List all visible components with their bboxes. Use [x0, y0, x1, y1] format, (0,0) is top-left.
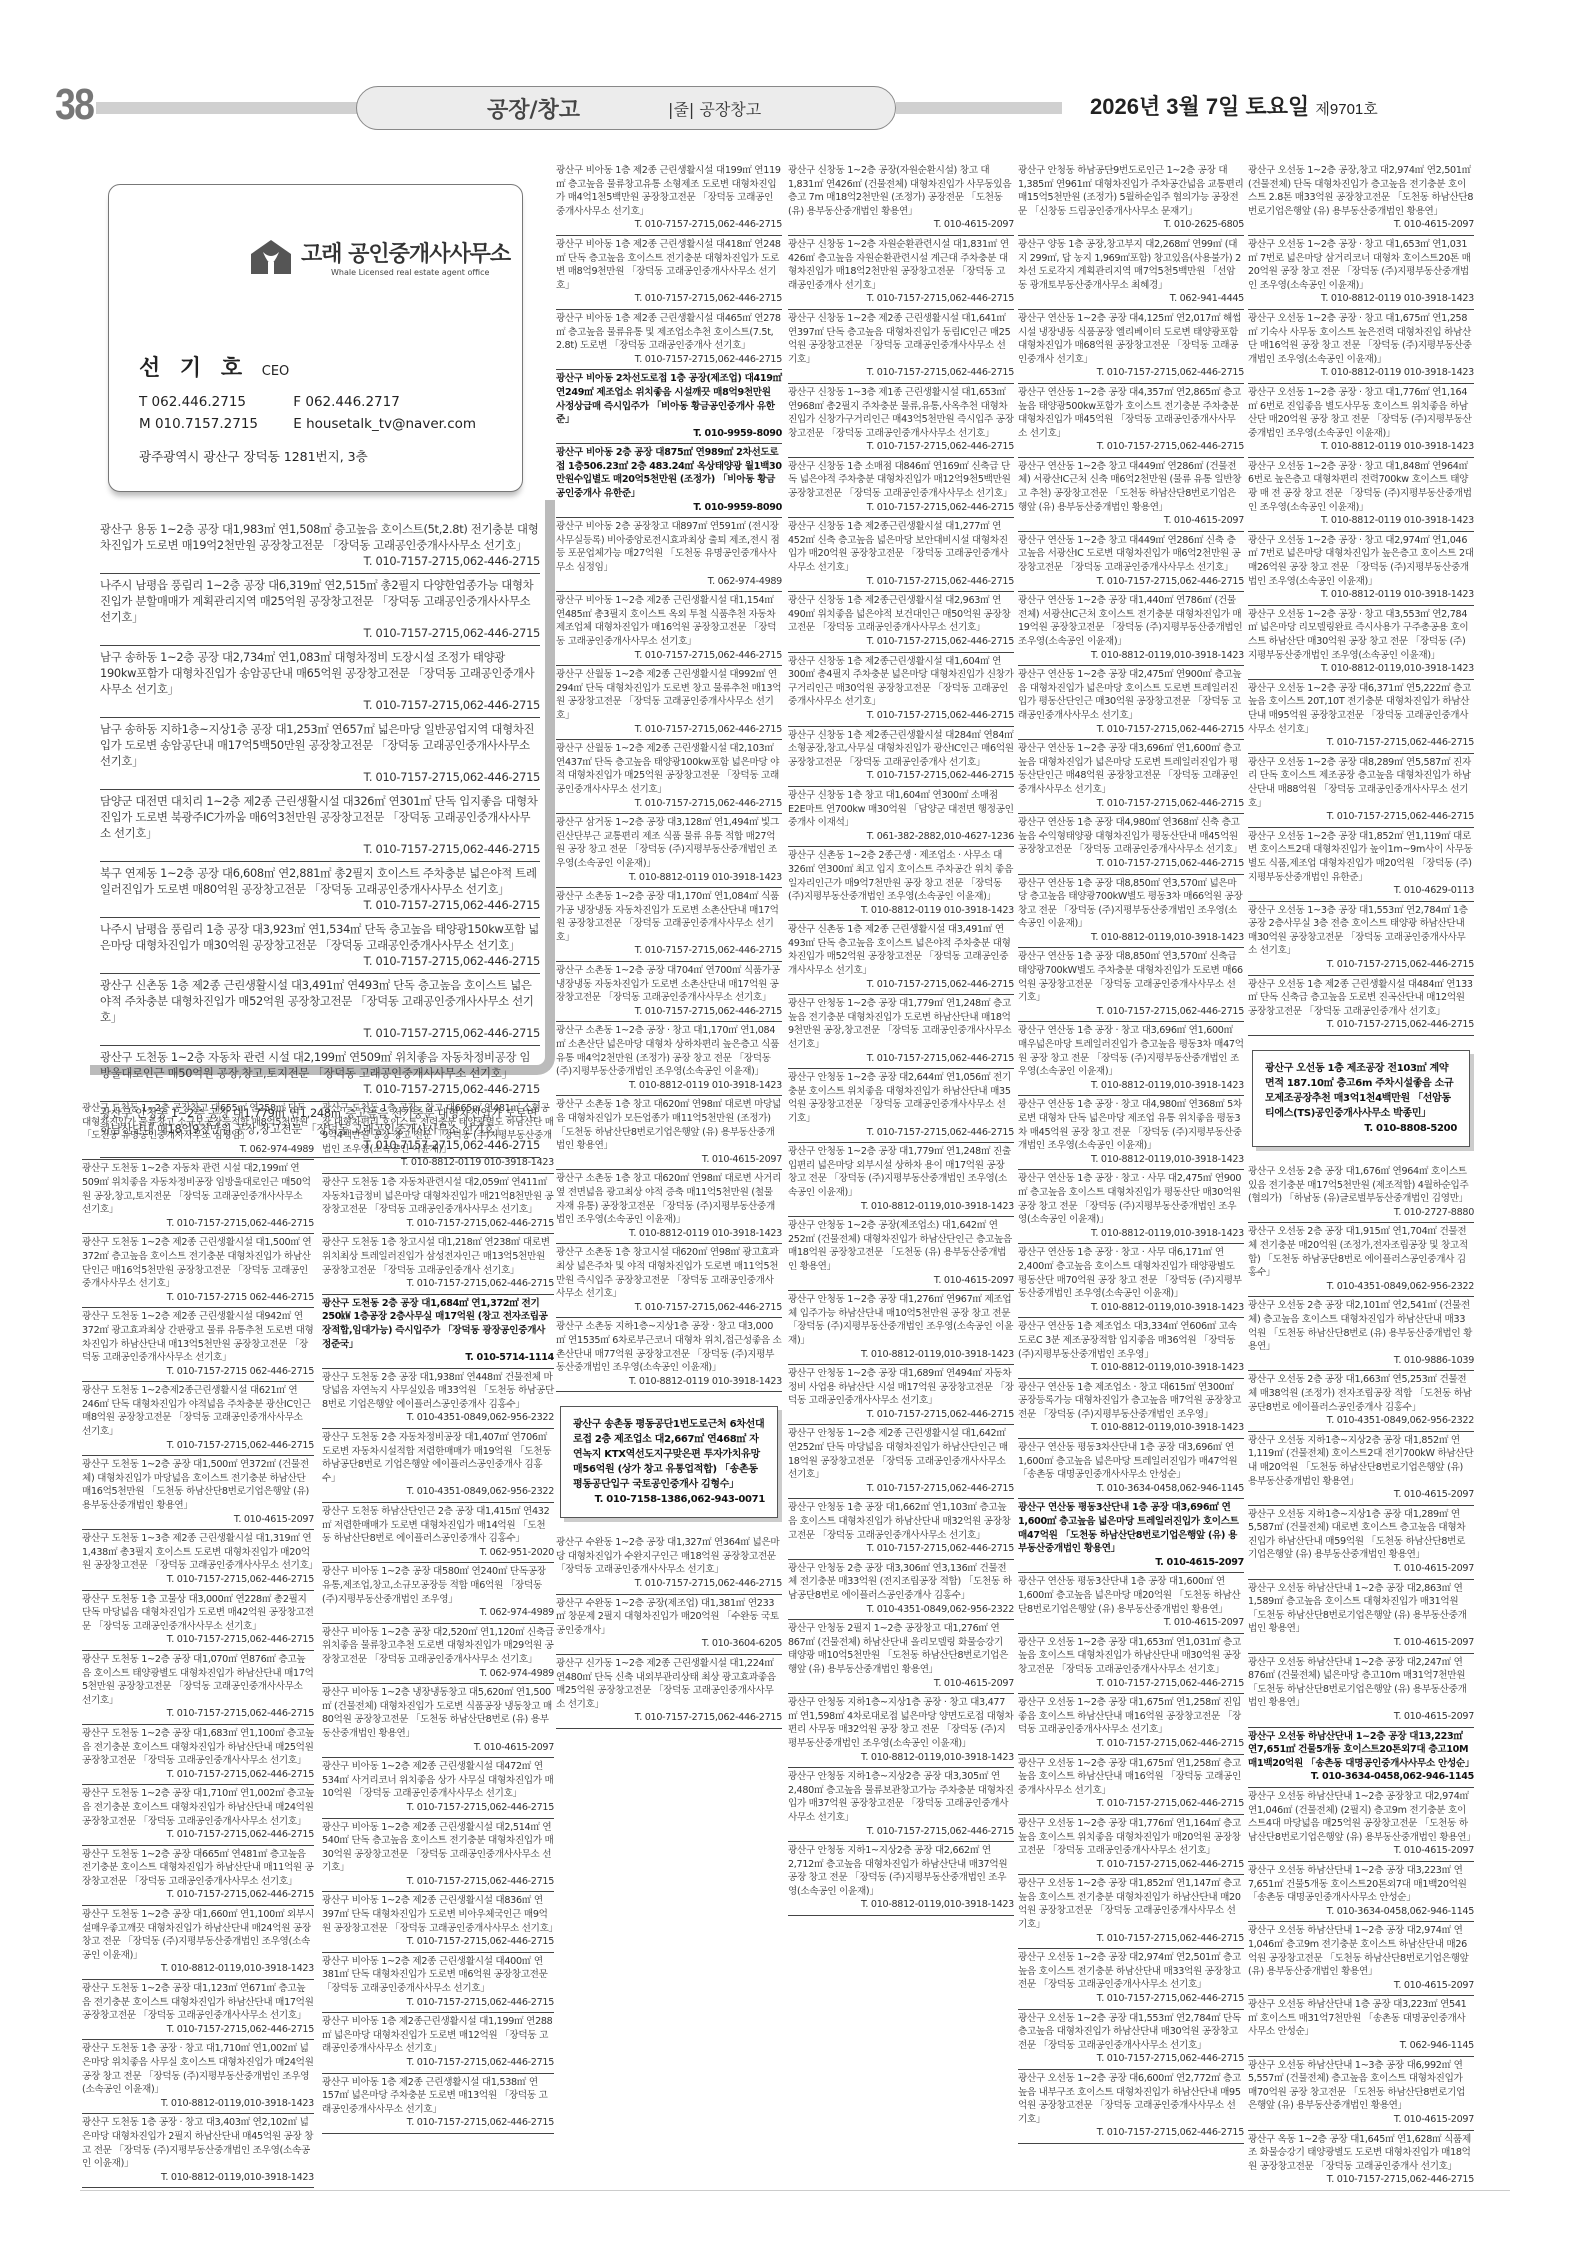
listing-phone: T. 010-8812-0119,010-3918-1423: [1018, 1421, 1244, 1435]
listing-text: 광산구 안청동 지하1~지상2층 공장 대2,662㎡ 연2,712㎡ 층고높음…: [788, 1845, 1007, 1897]
listing-ad: 광산구 오선동 1~2층 공장 대6,600㎡ 연2,772㎡ 층고높음 내부구…: [1018, 2070, 1244, 2144]
listing-text: 광산구 소촌동 1~2층 공장 · 창고 대1,170㎡ 연1,084㎡ 소촌산…: [556, 1025, 779, 1077]
listing-phone: T. 010-9959-8090: [556, 427, 782, 441]
listing-ad: 광산구 안청동 1~2층 공장 대1,276㎡ 연967㎡ 제조업체 입주가능 …: [788, 1291, 1014, 1365]
listing-ad: 광산구 도천동 1~2층 공장 대665㎡ 연481㎡ 층고높음 전기충분 호이…: [82, 1846, 314, 1906]
listing-ad: 나주시 남평읍 풍림리 1층 공장 대3,923㎡ 연1,534㎡ 단독 층고높…: [100, 918, 540, 974]
page-number: 38: [55, 80, 93, 130]
listing-phone: T. 010-4615-2097: [1248, 1979, 1474, 1993]
listing-phone: T. 010-4615-2097: [82, 1513, 314, 1527]
listing-phone: T. 010-7157-2715,062-446-2715: [100, 953, 540, 969]
listing-phone: T. 010-7157-2715,062-446-2715: [322, 1217, 554, 1231]
listing-ad: 광산구 도천동 1~2층 제2종 근린생활시설 대1,500㎡ 연372㎡ 층고…: [82, 1234, 314, 1308]
listing-phone: T. 010-7157-2715,062-446-2715: [1248, 736, 1474, 750]
boxed-listing-ad: 광산구 송촌동 평동공단1번도로근처 6차선대로접 2층 제조업소 대2,667…: [560, 1406, 778, 1518]
listing-text: 광산구 신창동 1층 창고 대1,604㎡ 연300㎡ 소매점 E2E마트 연7…: [788, 790, 1014, 828]
listing-ad: 광산구 도천동 1~2층 공장 대1,683㎡ 연1,100㎡ 층고높음 전기충…: [82, 1725, 314, 1785]
listing-text: 광산구 도천동 1~2층 공장창고 대655㎡ 연258㎡ 단독 대형차진입가 …: [82, 1103, 308, 1141]
listing-text: 나주시 남평읍 풍림리 1층 공장 대3,923㎡ 연1,534㎡ 단독 층고높…: [100, 922, 539, 952]
listing-text: 광산구 도천동 1~2층 제2종 근린생활시설 대1,500㎡ 연372㎡ 층고…: [82, 1237, 311, 1289]
listing-ad: 광산구 비아동 1~2층 공장 대580㎡ 연240㎡ 단독공장 유통,제조업,…: [322, 1563, 554, 1623]
listing-phone: T. 010-9886-1039: [1248, 1354, 1474, 1368]
publication-date: 2026년 3월 7일 토요일: [1090, 94, 1309, 119]
listing-text: 광산구 도천동 1층 자동차관련시설 대2,059㎡ 연411㎡ 자동차1급정비…: [322, 1177, 554, 1215]
listing-text: 광산구 안청동 하남공단9번도로인근 1~2층 공장 대1,385㎡ 연961㎡…: [1018, 165, 1243, 217]
listing-ad: 광산구 도천동 2층 자동차정비공장 대1,407㎡ 연706㎡ 도로변 자동차…: [322, 1429, 554, 1503]
business-card: 고래 공인중개사사무소 Whale Licensed real estate a…: [108, 184, 523, 492]
listing-ad: 광산구 소촌동 1~2층 공장 대1,170㎡ 연1,084㎡ 식품가공 냉장냉…: [556, 888, 782, 962]
listing-ad: 광산구 소촌동 지하1층~지상1층 공장 · 창고 대3,000㎡ 연1535㎡…: [556, 1318, 782, 1392]
listing-text: 광산구 연산동 1층 공장 대8,850㎡ 연3,570㎡ 신축급 태양광700…: [1018, 951, 1243, 1003]
mobile-number: M 010.7157.2715: [139, 413, 289, 435]
listing-text: 광산구 연산동 1~2층 공장 대4,125㎡ 연2,017㎡ 해썹시설 냉장냉…: [1018, 313, 1241, 365]
listing-text: 광산구 비아동 1~2층 제2종 근린생활시설 대836㎡ 연397㎡ 단독 대…: [322, 1895, 558, 1933]
listing-phone: T. 010-8812-0119,010-3918-1423: [1018, 649, 1244, 663]
listing-phone: T. 010-7157-2715,062-446-2715: [788, 1542, 1014, 1556]
listing-phone: T. 010-7157-2715,062-446-2715: [82, 1217, 314, 1231]
listing-phone: T. 010-7157-2715,062-446-2715: [556, 1577, 782, 1591]
listing-text: 광산구 연산동 평동3산단내 1층 공장 대1,600㎡ 연1,600㎡ 층고높…: [1018, 1576, 1240, 1614]
listing-phone: T. 010-7157-2715,062-446-2715: [788, 366, 1014, 380]
listing-ad: 광산구 연산동 1~2층 창고 대449㎡ 연286㎡ (건물전체) 서광산IC…: [1018, 458, 1244, 532]
company-logo: 고래 공인중개사사무소 Whale Licensed real estate a…: [249, 237, 510, 277]
listing-phone: T. 010-3634-0458,062-946-1145: [1018, 1482, 1244, 1496]
listing-column-6: 광산구 오선동 1~2층 공장,창고 대2,974㎡ 연2,501㎡ (건물전체…: [1248, 162, 1474, 2191]
listing-ad: 광산구 비아동 2층 공장 대875㎡ 연989㎡ 2차선도로접 1층506.2…: [556, 444, 782, 518]
listing-phone: T. 010-7157-2715,062-446-2715: [82, 1768, 314, 1782]
listing-ad: 광산구 오선동 1~2층 공장 · 창고 대1,675㎡ 연1,258㎡ 기숙사…: [1248, 310, 1474, 384]
listing-phone: T. 010-7157-2715,062-446-2715: [788, 769, 1014, 783]
listing-phone: T. 010-7157-2715,062-446-2715: [1018, 2052, 1244, 2066]
listing-phone: T. 010-7157-2715,062-446-2715: [82, 2023, 314, 2037]
listing-phone: T. 010-3604-6205: [556, 1637, 782, 1651]
header-rule-left: [96, 102, 358, 114]
listing-phone: T. 010-7158-1386,062-943-0071: [573, 1492, 765, 1507]
listing-text: 광산구 비아동 1층 제2종 근린생활시설 대1,538㎡ 연157㎡ 넓은마당…: [322, 2077, 548, 2115]
listing-phone: T. 062-941-4445: [1018, 292, 1244, 306]
listing-ad: 광산구 안청동 하남공단9번도로인근 1~2층 공장 대1,385㎡ 연961㎡…: [1018, 162, 1244, 236]
listing-text: 광산구 비아동 2층 공장 대875㎡ 연989㎡ 2차선도로접 1층506.2…: [556, 447, 782, 499]
listing-text: 북구 연제동 1~2층 공장 대6,608㎡ 연2,881㎡ 총2필지 호이스트…: [100, 866, 537, 896]
listing-phone: T. 010-7157-2715,062-446-2715: [82, 1828, 314, 1842]
listing-text: 광산구 안청동 1~2층 공장 대1,276㎡ 연967㎡ 제조업체 입주가능 …: [788, 1294, 1013, 1346]
listing-text: 광산구 도천동 1~2층제2종근린생활시설 대621㎡ 연246㎡ 단독 대형차…: [82, 1385, 311, 1437]
listing-text: 광산구 소촌동 1층 창고 대620㎡ 연98㎡ 대로변 마당넓음 대형차진입가…: [556, 1099, 781, 1151]
listing-text: 광산구 비아동 1~2층 제2종 근린생활시설 대2,514㎡ 연540㎡ 단독…: [322, 1822, 554, 1874]
listing-phone: T. 010-7157-2715,062-446-2715: [82, 1439, 314, 1453]
listing-ad: 광산구 연산동 1층 공장 · 창고 · 사무 대6,171㎡ 연2,400㎡ …: [1018, 1244, 1244, 1318]
listing-phone: T. 010-7157-2715,062-446-2715: [788, 501, 1014, 515]
listing-text: 광산구 도천동 1층 공장 · 창고 대3,403㎡ 연2,102㎡ 넓은마당 …: [82, 2117, 313, 2169]
email-address: E housetalk_tv@naver.com: [293, 413, 476, 435]
listing-text: 광산구 연산동 1층 제조업소 대3,334㎡ 연606㎡ 고속도로C 3분 제…: [1018, 1321, 1237, 1359]
business-card-ad: 고래 공인중개사사무소 Whale Licensed real estate a…: [90, 160, 560, 510]
listing-ad: 광산구 산월동 1~2층 제2종 근린생활시설 대992㎡ 연294㎡ 단독 대…: [556, 666, 782, 740]
listing-phone: T. 010-7157-2715,062-446-2715: [556, 218, 782, 232]
listing-text: 나주시 남평읍 풍림리 1~2층 공장 대6,319㎡ 연2,515㎡ 총2필지…: [100, 578, 533, 624]
contact-info: T 062.446.2715 F 062.446.2717 M 010.7157…: [139, 391, 476, 435]
listing-ad: 남구 송하동 지하1층~지상1층 공장 대1,253㎡ 연657㎡ 넓은마당 일…: [100, 718, 540, 790]
listing-text: 광산구 오선동 2층 공장 대2,101㎡ 연2,541㎡ (건물전체) 층고높…: [1248, 1300, 1472, 1352]
listing-phone: T. 010-4615-2097: [322, 1741, 554, 1755]
listing-ad: 광산구 비아동 1~2층 제2종 근린생활시설 대836㎡ 연397㎡ 단독 대…: [322, 1892, 554, 1952]
listing-phone: T. 010-7157-2715,062-446-2715: [788, 635, 1014, 649]
listing-text: 광산구 오선동 하남산단내 1~2층 공장 대2,247㎡ 연876㎡ (건물전…: [1248, 1657, 1467, 1709]
listing-phone: T. 010-7157-2715,062-446-2715: [322, 1935, 554, 1949]
listing-phone: T. 010-7157-2715,062-446-2715: [788, 440, 1014, 454]
listing-phone: T. 010-2727-8880: [1248, 1206, 1474, 1220]
listing-phone: T. 010-8812-0119 010-3918-1423: [1248, 514, 1474, 528]
listing-ad: 광산구 도천동 1층 자동차관련시설 대2,059㎡ 연411㎡ 자동차1급정비…: [322, 1174, 554, 1234]
listing-text: 광산구 오선동 하남산단내 1~2층 공장 대2,974㎡ 연1,046㎡ 층고…: [1248, 1925, 1469, 1977]
listing-ad: 광산구 오선동 지하1층~지상1층 공장 대1,289㎡ 연5,587㎡ (건물…: [1248, 1506, 1474, 1580]
listing-phone: T. 010-7157-2715,062-446-2715: [788, 978, 1014, 992]
listing-ad: 광산구 도천동 1~2층 공장 대1,500㎡ 연372㎡ (건물전체) 대형차…: [82, 1456, 314, 1530]
listing-ad: 광산구 오선동 1층 제2종 근린생활시설 대484㎡ 연133㎡ 단독 신축급…: [1248, 976, 1474, 1036]
listing-ad: 남구 송하동 1~2층 공장 대2,734㎡ 연1,083㎡ 대형차정비 도장시…: [100, 646, 540, 718]
listing-ad: 광산구 수완동 1~2층 공장 대1,327㎡ 연364㎡ 넓은마당 대형차진입…: [556, 1534, 782, 1594]
listing-phone: T. 010-8812-0119,010-3918-1423: [1018, 1301, 1244, 1315]
listing-ad: 광산구 안청동 지하1층~지상2층 공장 대3,305㎡ 연2,480㎡ 층고높…: [788, 1768, 1014, 1842]
listing-phone: T. 010-7157-2715,062-446-2715: [82, 1633, 314, 1647]
listing-ad: 광산구 도천동 1~2층제2종근린생활시설 대621㎡ 연246㎡ 단독 대형차…: [82, 1382, 314, 1456]
listing-ad: 광산구 연산동 1층 공장 대4,980㎡ 연368㎡ 신축 층고높음 수익형태…: [1018, 814, 1244, 874]
listing-ad: 광산구 안청동 1~2층 공장(제조업소) 대1,642㎡ 연252㎡ (건물전…: [788, 1217, 1014, 1291]
listing-ad: 광산구 오선동 2층 공장 대1,676㎡ 연964㎡ 호이스트있음 전기충분 …: [1248, 1163, 1474, 1223]
listing-phone: T. 010-7157-2715,062-446-2715: [100, 553, 540, 569]
listing-text: 광산구 오선동 1층 제2종 근린생활시설 대484㎡ 연133㎡ 단독 신축급…: [1248, 979, 1473, 1017]
listing-text: 광산구 연산동 1층 제조업소 · 창고 대615㎡ 연300㎡ 공장등록가능 …: [1018, 1382, 1241, 1420]
listing-text: 광산구 연산동 1~2층 창고 대449㎡ 연286㎡ 신축 층고높음 서광산I…: [1018, 535, 1241, 573]
listing-column-5: 광산구 안청동 하남공단9번도로인근 1~2층 공장 대1,385㎡ 연961㎡…: [1018, 162, 1244, 2144]
listing-ad: 광산구 도천동 1~2층 자동차 관련 시설 대2,199㎡ 연509㎡ 위치좋…: [100, 1046, 540, 1102]
listing-ad: 광산구 비아동 1~2층 제2종 근린생활시설 대1,154㎡ 연485㎡ 총3…: [556, 592, 782, 666]
listing-ad: 광산구 오선동 1~2층 공장 · 창고 대1,653㎡ 연1,031㎡ 7번로…: [1248, 236, 1474, 310]
listing-ad: 광산구 신창동 1층 제2종근린생활시설 대2,963㎡ 연490㎡ 위치좋음 …: [788, 592, 1014, 652]
listing-ad: 광산구 도천동 1~3층 제2종 근린생활시설 대1,319㎡ 연1,438㎡ …: [82, 1530, 314, 1590]
listing-phone: T. 010-7157-2715,062-446-2715: [556, 353, 782, 367]
listing-ad: 광산구 안청동 1~2층 공장 대1,689㎡ 연494㎡ 자동차정비 사업용 …: [788, 1365, 1014, 1425]
listing-ad: 광산구 삼거동 1~2층 공장 대3,128㎡ 연1,494㎡ 빛그린산단부근 …: [556, 814, 782, 888]
listing-text: 광산구 오선동 1~2층 공장 · 창고 대1,848㎡ 연964㎡ 6번로 높…: [1248, 461, 1472, 513]
listing-ad: 광산구 연산동 1층 제조업소 대3,334㎡ 연606㎡ 고속도로C 3분 제…: [1018, 1318, 1244, 1378]
listing-text: 광산구 양동 1층 공장,창고부지 대2,268㎡ 연99㎡ (대지 299㎡,…: [1018, 239, 1241, 291]
listing-text: 광산구 연산동 1층 공장 · 창고 대3,696㎡ 연1,600㎡ 매우넓은마…: [1018, 1025, 1244, 1077]
listing-phone: T. 010-2625-6805: [1018, 218, 1244, 232]
listing-ad: 광산구 신가동 1~2층 제2종 근린생활시설 대1,224㎡ 연480㎡ 단독…: [556, 1655, 782, 1729]
listing-ad: 광산구 연산동 1층 공장 대8,850㎡ 연3,570㎡ 넓은마당 층고높음 …: [1018, 875, 1244, 949]
section-title: 공장/창고: [487, 93, 580, 124]
listing-phone: T. 010-7157-2715,062-446-2715: [788, 1408, 1014, 1422]
listing-phone: T. 010-7157-2715,062-446-2715: [82, 1888, 314, 1902]
listing-phone: T. 010-4615-2097: [1248, 1562, 1474, 1576]
listing-ad: 광산구 오선동 1~2층 공장 대1,776㎡ 연1,164㎡ 층고높음 호이스…: [1018, 1815, 1244, 1875]
listing-text: 광산구 비아동 1~2층 공장 대580㎡ 연240㎡ 단독공장 유통,제조업,…: [322, 1566, 546, 1604]
listing-phone: T. 010-7157-2715,062-446-2715: [100, 1081, 540, 1097]
listing-phone: T. 010-3634-0458,062-946-1145: [1248, 1905, 1474, 1919]
listing-phone: T. 010-4615-2097: [1248, 1844, 1474, 1858]
listing-phone: T. 010-8812-0119,010-3918-1423: [788, 1751, 1014, 1765]
listing-text: 광산구 오선동 2층 공장 대1,915㎡ 연1,704㎡ 건물전체 전기충분 …: [1248, 1226, 1468, 1278]
listing-text: 광산구 연산동 1층 공장 · 창고 대4,980㎡ 연368㎡ 5차로변 대형…: [1018, 1099, 1242, 1151]
listing-ad: 광산구 연산동 1층 공장 · 창고 대3,696㎡ 연1,600㎡ 매우넓은마…: [1018, 1022, 1244, 1096]
header-rule-right: [896, 102, 1062, 114]
listing-phone: T. 010-8812-0119,010-3918-1423: [1018, 1361, 1244, 1375]
listing-ad: 광산구 도천동 1~2층 공장 대1,070㎡ 연876㎡ 층고높음 호이스트 …: [82, 1651, 314, 1725]
listing-text: 광산구 소촌동 1층 창고시설 대620㎡ 연98㎡ 광고효과 최상 넓은주차 …: [556, 1247, 778, 1299]
listing-ad: 광산구 신창동 1~2층 제2종 근린생활시설 대1,641㎡ 연397㎡ 단독…: [788, 310, 1014, 384]
listing-ad: 광산구 연산동 1층 공장 · 창고 대4,980㎡ 연368㎡ 5차로변 대형…: [1018, 1096, 1244, 1170]
listing-phone: T. 010-8808-5200: [1265, 1121, 1457, 1136]
listing-phone: T. 010-7157-2715 062-446-2715: [82, 1291, 314, 1305]
listing-text: 광산구 안청동 지하1층~지상2층 공장 대3,305㎡ 연2,480㎡ 층고높…: [788, 1771, 1014, 1823]
listing-text: 광산구 오선동 1~2층 공장 · 창고 대3,553㎡ 연2,784㎡ 넓은마…: [1248, 609, 1468, 661]
listing-phone: T. 010-8812-0119 010-3918-1423: [322, 1156, 554, 1170]
listing-phone: T. 010-4615-2097: [1248, 1710, 1474, 1724]
listing-ad: 광산구 소촌동 1층 창고 대620㎡ 연98㎡ 대로변 마당넓음 대형차진입가…: [556, 1096, 782, 1170]
listing-text: 광산구 수완동 1~2층 공장 대1,327㎡ 연364㎡ 넓은마당 대형차진입…: [556, 1537, 779, 1575]
listing-text: 광산구 신창동 1층 제2종근린생활시설 대284㎡ 연84㎡ 소형공장,창고,…: [788, 730, 1014, 768]
listing-text: 광산구 연산동 1층 공장 · 창고 · 사무 대6,171㎡ 연2,400㎡ …: [1018, 1247, 1242, 1299]
listing-phone: T. 010-8812-0119,010-3918-1423: [1248, 662, 1474, 676]
listing-phone: T. 010-7157-2715,062-446-2715: [100, 897, 540, 913]
listing-text: 광산구 오선동 1~2층 공장 대6,371㎡ 연5,222㎡ 층고높음 호이스…: [1248, 683, 1471, 735]
office-address: 광주광역시 광산구 장덕동 1281번지, 3층: [139, 447, 368, 465]
listing-phone: T. 010-9959-8090: [556, 501, 782, 515]
listing-text: 남구 송하동 지하1층~지상1층 공장 대1,253㎡ 연657㎡ 넓은마당 일…: [100, 722, 534, 768]
listing-ad: 광산구 오선동 1~2층 공장 대1,675㎡ 연1,258㎡ 진입좋음 호이스…: [1018, 1694, 1244, 1754]
listing-text: 광산구 오선동 하남산단내 1층 공장 대3,223㎡ 연541㎡ 호이스트 매…: [1248, 1999, 1466, 2037]
listing-text: 광산구 오선동 지하1층~지상2층 공장 대1,852㎡ 연1,119㎡ (건물…: [1248, 1435, 1473, 1487]
listing-text: 광산구 신창동 1층 제2종근린생활시설 대1,277㎡ 연452㎡ 신축 층고…: [788, 521, 1008, 573]
listing-text: 광산구 안청동 1~2층 공장(제조업소) 대1,642㎡ 연252㎡ (건물전…: [788, 1220, 1012, 1272]
listing-ad: 광산구 오선동 하남산단내 1~2층 공장 대13,223㎡ 연7,651㎡ 건…: [1248, 1728, 1474, 1788]
listing-ad: 광산구 신창동 1층 제2종근린생활시설 대1,277㎡ 연452㎡ 신축 층고…: [788, 518, 1014, 592]
listing-text: 광산구 오선동 1~2층 공장 대2,974㎡ 연2,501㎡ 층고높음 호이스…: [1018, 1952, 1241, 1990]
listing-ad: 광산구 비아동 1층 제2종근린생활시설 대1,199㎡ 연288㎡ 넓은마당 …: [322, 2013, 554, 2073]
listing-phone: T. 010-7157-2715,062-446-2715: [1018, 1797, 1244, 1811]
listing-ad: 광산구 도천동 1층 고물상 대3,000㎡ 연228㎡ 총2필지 단독 마당넓…: [82, 1591, 314, 1651]
listing-phone: T. 010-4351-0849,062-956-2322: [1248, 1280, 1474, 1294]
listing-text: 광산구 오선동 1~2층 공장 대6,600㎡ 연2,772㎡ 층고높음 내부구…: [1018, 2073, 1241, 2125]
listing-ad: 광산구 오선동 하남산단내 1~2층 공장창고 대2,974㎡ 연1,046㎡ …: [1248, 1788, 1474, 1862]
listing-phone: T. 010-7157-2715,062-446-2715: [556, 292, 782, 306]
listing-ad: 광산구 오선동 하남산단내 1~2층 공장 대2,247㎡ 연876㎡ (건물전…: [1248, 1654, 1474, 1728]
listing-phone: T. 062-974-4989: [322, 1606, 554, 1620]
phone-number: T 062.446.2715: [139, 391, 289, 413]
listing-text: 광산구 안청동 1~2층 공장 대1,779㎡ 연1,248㎡ 진출입편리 넓은…: [788, 1146, 1011, 1198]
listing-text: 광산구 비아동 2층 공장창고 대897㎡ 연591㎡ (전시장 사무실등록) …: [556, 521, 779, 573]
listing-phone: T. 010-7157-2715,062-446-2715: [82, 1707, 314, 1721]
listing-ad: 광산구 신창동 1층 소매점 대846㎡ 연169㎡ 신축급 단독 넓은야적 주…: [788, 458, 1014, 518]
listing-phone: T. 010-7157-2715,062-446-2715: [556, 1005, 782, 1019]
listing-text: 광산구 오선동 2층 공장 대1,676㎡ 연964㎡ 호이스트있음 전기충분 …: [1248, 1166, 1468, 1204]
listing-ad: 광산구 안청동 2층 공장 대3,306㎡ 연3,136㎡ 건물전체 전기충분 …: [788, 1560, 1014, 1620]
listing-phone: T. 010-7157-2715,062-446-2715: [100, 697, 540, 713]
listing-text: 광산구 소촌동 1~2층 공장 대1,170㎡ 연1,084㎡ 식품가공 냉장냉…: [556, 891, 779, 943]
listing-ad: 담양군 대전면 대치리 1~2층 제2종 근린생활시설 대326㎡ 연301㎡ …: [100, 790, 540, 862]
listing-phone: T. 010-4615-2097: [788, 1274, 1014, 1288]
listing-text: 광산구 도천동 2층 공장 대1,684㎡ 연1,372㎡ 전기250㎾ 1층공…: [322, 1298, 548, 1350]
listing-phone: T. 010-4615-2097: [788, 218, 1014, 232]
listing-text: 광산구 연산동 1~2층 공장 대1,440㎡ 연786㎡ (건물전체) 서광산…: [1018, 595, 1242, 647]
listing-ad: 북구 연제동 1~2층 공장 대6,608㎡ 연2,881㎡ 총2필지 호이스트…: [100, 862, 540, 918]
listing-text: 광산구 안청동 1~2층 공장 대2,644㎡ 연1,056㎡ 전기충분 호이스…: [788, 1072, 1011, 1124]
listing-ad: 광산구 연산동 1층 제조업소 · 창고 대615㎡ 연300㎡ 공장등록가능 …: [1018, 1379, 1244, 1439]
listing-ad: 광산구 오선동 1~2층 공장,창고 대2,974㎡ 연2,501㎡ (건물전체…: [1248, 162, 1474, 236]
listing-text: 광산구 비아동 1층 제2종 근린생활시설 대418㎡ 연248㎡ 단독 층고높…: [556, 239, 781, 291]
issue-number: 제9701호: [1315, 101, 1377, 118]
dateline: 2026년 3월 7일 토요일 제9701호: [1090, 90, 1378, 121]
listing-text: 광산구 안청동 1층 공장 대1,662㎡ 연1,103㎡ 층고높음 호이스트 …: [788, 1502, 1011, 1540]
listing-ad: 광산구 소촌동 1~2층 공장 · 창고 대1,170㎡ 연1,084㎡ 소촌산…: [556, 1022, 782, 1096]
listing-ad: 광산구 안청동 지하1층~지상1층 공장 · 창고 대3,477㎡ 연1,598…: [788, 1694, 1014, 1768]
listing-text: 광산구 오선동 1~2층 공장 대1,852㎡ 연1,147㎡ 층고높음 호이스…: [1018, 1878, 1241, 1930]
listing-text: 광산구 신촌동 1층 제2종 근린생활시설 대3,491㎡ 연493㎡ 단독 층…: [100, 978, 534, 1024]
listing-phone: T. 010-8812-0119,010-3918-1423: [1018, 931, 1244, 945]
listing-text: 광산구 수완동 1~2층 공장(제조업) 대1,381㎡ 연233㎡ 창문제 2…: [556, 1598, 779, 1636]
listing-ad: 광산구 비아동 2층 공장창고 대897㎡ 연591㎡ (전시장 사무실등록) …: [556, 518, 782, 592]
listing-text: 광산구 오선동 1~2층 공장 · 창고 대1,776㎡ 연1,164㎡ 6번로…: [1248, 387, 1472, 439]
listing-column-2: 광산구 도천동 1층 공장 · 창고 대665㎡ 연481㎡ 소형공장 대형차편…: [322, 1100, 554, 2134]
listing-text: 광산구 도천동 2층 자동차정비공장 대1,407㎡ 연706㎡ 도로변 자동차…: [322, 1432, 551, 1484]
listing-phone: T. 010-8812-0119,010-3918-1423: [82, 1962, 314, 1976]
listing-ad: 광산구 산월동 1~2층 제2종 근린생활시설 대2,103㎡ 연437㎡ 단독…: [556, 740, 782, 814]
listing-ad: 광산구 오선동 1~2층 공장 대1,852㎡ 연1,119㎡ 대로변 호이스트…: [1248, 828, 1474, 902]
listing-text: 광산구 연산동 1~2층 공장 대4,357㎡ 연2,865㎡ 층고높음 태양광…: [1018, 387, 1241, 439]
listing-phone: T. 010-7157-2715,062-446-2715: [556, 1301, 782, 1315]
listing-phone: T. 010-4629-0113: [1248, 884, 1474, 898]
listing-ad: 광산구 연산동 1~2층 공장 대1,440㎡ 연786㎡ (건물전체) 서광산…: [1018, 592, 1244, 666]
listing-text: 광산구 도천동 하남산단인근 2층 공장 대1,415㎡ 연432㎡ 저렴한매매…: [322, 1506, 549, 1544]
listing-ad: 광산구 도천동 1~2층 공장 대1,123㎡ 연671㎡ 층고높음 전기충분 …: [82, 1980, 314, 2040]
listing-phone: T. 010-7157-2715,062-446-2715: [322, 1801, 554, 1815]
listing-phone: T. 062-951-2020: [322, 1546, 554, 1560]
listing-ad: 광산구 오선동 1~2층 공장 대2,974㎡ 연2,501㎡ 층고높음 호이스…: [1018, 1949, 1244, 2009]
listing-phone: T. 010-8812-0119,010-3918-1423: [788, 1200, 1014, 1214]
listing-phone: T. 010-8812-0119 010-3918-1423: [556, 1375, 782, 1389]
listing-text: 광산구 도천동 1~2층 자동차 관련 시설 대2,199㎡ 연509㎡ 위치좋…: [82, 1163, 311, 1215]
listing-ad: 광산구 연산동 1~2층 창고 대449㎡ 연286㎡ 신축 층고높음 서광산I…: [1018, 532, 1244, 592]
listing-ad: 광산구 오선동 1~2층 공장 대1,675㎡ 연1,258㎡ 층고높음 호이스…: [1018, 1755, 1244, 1815]
listing-text: 광산구 도천동 1~2층 공장 대1,660㎡ 연1,100㎡ 외부시설매우좋고…: [82, 1909, 314, 1961]
listing-ad: 광산구 오선동 1~3층 공장 대1,553㎡ 연2,784㎡ 1층공장 2층사…: [1248, 902, 1474, 976]
listing-text: 광산구 도천동 1~2층 공장 대665㎡ 연481㎡ 층고높음 전기충분 호이…: [82, 1849, 314, 1887]
listing-ad: 광산구 연산동 1~2층 공장 대3,696㎡ 연1,600㎡ 층고높음 대형차…: [1018, 740, 1244, 814]
listing-text: 남구 송하동 1~2층 공장 대2,734㎡ 연1,083㎡ 대형차정비 도장시…: [100, 650, 534, 696]
listing-ad: 광산구 신창동 1~2층 공장(자원순환시설) 창고 대1,831㎡ 연426㎡…: [788, 162, 1014, 236]
listing-text: 광산구 연산동 평동3차산단내 1층 공장 대3,696㎡ 연1,600㎡ 층고…: [1018, 1442, 1237, 1480]
person-title: CEO: [262, 364, 290, 379]
listing-text: 광산구 도천동 1~2층 공장 대1,500㎡ 연372㎡ (건물전체) 대형차…: [82, 1459, 309, 1511]
listing-phone: T. 010-4615-2097: [788, 1677, 1014, 1691]
listing-text: 광산구 오선동 1층 제조공장 전103㎡ 계약면적 187.10㎡ 층고6m …: [1265, 1063, 1453, 1119]
listing-ad: 광산구 소촌동 1층 창고 대620㎡ 연98㎡ 대로변 사거리옆 전면넓음 광…: [556, 1170, 782, 1244]
listing-phone: T. 010-7157-2715,062-446-2715: [1248, 1018, 1474, 1032]
listing-ad: 광산구 안청동 1~2층 공장 대1,779㎡ 연1,248㎡ 진출입편리 넓은…: [788, 1143, 1014, 1217]
listing-phone: T. 010-7157-2715,062-446-2715: [556, 944, 782, 958]
listing-text: 광산구 오선동 1~2층 공장 대1,852㎡ 연1,119㎡ 대로변 호이스트…: [1248, 831, 1473, 883]
listing-phone: T. 010-4615-2097: [1248, 1488, 1474, 1502]
listing-text: 광산구 안청동 2층 공장 대3,306㎡ 연3,136㎡ 건물전체 전기충분 …: [788, 1563, 1012, 1601]
listing-text: 광산구 신창동 1층 소매점 대846㎡ 연169㎡ 신축급 단독 넓은야적 주…: [788, 461, 1012, 499]
listing-phone: T. 010-7157-2715,062-446-2715: [788, 1052, 1014, 1066]
listing-phone: T. 010-7157-2715,062-446-2715: [1018, 1737, 1244, 1751]
listing-ad: 광산구 오선동 2층 공장 대1,915㎡ 연1,704㎡ 건물전체 전기충분 …: [1248, 1223, 1474, 1297]
listing-ad: 광산구 연산동 평동3산단내 1층 공장 대3,696㎡ 연1,600㎡ 층고높…: [1018, 1499, 1244, 1573]
listing-phone: T. 010-7157-2715,062-446-2715: [322, 1996, 554, 2010]
listing-phone: T. 010-8812-0119,010-3918-1423: [1018, 1227, 1244, 1241]
company-name-kr: 고래 공인중개사사무소: [301, 237, 510, 268]
listing-ad: 광산구 비아동 2차선도로접 1층 공장(제조업) 대419㎡ 연249㎡ 제조…: [556, 370, 782, 444]
listing-phone: T. 010-7157-2715,062-446-2715: [1018, 797, 1244, 811]
listing-phone: T. 010-8812-0119 010-3918-1423: [556, 1227, 782, 1241]
listing-text: 광산구 송촌동 평동공단1번도로근처 6차선대로접 2층 제조업소 대2,667…: [573, 1419, 764, 1490]
listing-ad: 광산구 연산동 1~2층 공장 대4,125㎡ 연2,017㎡ 해썹시설 냉장냉…: [1018, 310, 1244, 384]
listing-phone: T. 010-3634-0458,062-946-1145: [1248, 1770, 1474, 1784]
listing-phone: T. 010-7157-2715,062-446-2715: [1018, 1992, 1244, 2006]
listing-text: 광산구 안청동 1~2층 제2종 근린생활시설 대1,642㎡ 연252㎡ 단독…: [788, 1428, 1008, 1480]
listing-text: 광산구 연산동 1층 공장 · 창고 · 사무 대2,475㎡ 연900㎡ 층고…: [1018, 1173, 1241, 1225]
listing-phone: T. 010-7157-2715,062-446-2715: [788, 1126, 1014, 1140]
listing-phone: T. 010-8812-0119 010-3918-1423: [1248, 588, 1474, 602]
page-header: 38 공장/창고 |줄| 공장창고 2026년 3월 7일 토요일 제9701호: [0, 80, 1588, 140]
listing-ad: 광산구 비아동 1~2층 제2종 근린생활시설 대2,514㎡ 연540㎡ 단독…: [322, 1819, 554, 1893]
listing-text: 광산구 오선동 1~2층 공장,창고 대2,974㎡ 연2,501㎡ (건물전체…: [1248, 165, 1473, 217]
listing-text: 광산구 비아동 1~2층 냉장냉동창고 대5,620㎡ 연1,500㎡ (건물전…: [322, 1687, 552, 1739]
listing-phone: T. 010-7157-2715,062-446-2715: [100, 841, 540, 857]
listing-text: 광산구 연산동 평동3산단내 1층 공장 대3,696㎡ 연1,600㎡ 층고높…: [1018, 1502, 1239, 1554]
listing-phone: T. 010-7157-2715,062-446-2715: [322, 2056, 554, 2070]
listing-ad: 광산구 오선동 하남산단내 1층 공장 대3,223㎡ 연541㎡ 호이스트 매…: [1248, 1996, 1474, 2056]
listing-ad: 광산구 오선동 2층 공장 대1,663㎡ 연5,253㎡ 건물전체 매38억원…: [1248, 1371, 1474, 1431]
listing-text: 광산구 산월동 1~2층 제2종 근린생활시설 대992㎡ 연294㎡ 단독 대…: [556, 669, 781, 721]
listing-ad: 광산구 도천동 1~2층 공장창고 대655㎡ 연258㎡ 단독 대형차진입가 …: [82, 1100, 314, 1160]
listing-text: 광산구 신가동 1~2층 제2종 근린생활시설 대1,224㎡ 연480㎡ 단독…: [556, 1658, 776, 1710]
listing-text: 광산구 비아동 1~2층 제2종 근린생활시설 대472㎡ 연534㎡ 사거리코…: [322, 1761, 554, 1799]
listing-text: 광산구 산월동 1~2층 제2종 근린생활시설 대2,103㎡ 연437㎡ 단독…: [556, 743, 779, 795]
listing-text: 광산구 연산동 1층 공장 대4,980㎡ 연368㎡ 신축 층고높음 수익형태…: [1018, 817, 1242, 855]
listing-ad: 광산구 비아동 1~2층 제2종 근린생활시설 대472㎡ 연534㎡ 사거리코…: [322, 1758, 554, 1818]
listing-phone: T. 010-7157-2715,062-446-2715: [556, 797, 782, 811]
listing-phone: T. 010-4615-2097: [1018, 514, 1244, 528]
listing-text: 광산구 오선동 1~2층 공장 대1,553㎡ 연2,784㎡ 단독 층고높음 …: [1018, 2013, 1241, 2051]
listing-phone: T. 010-8812-0119,010-3918-1423: [82, 2097, 314, 2111]
listing-text: 광산구 용동 1~2층 공장 대1,983㎡ 연1,508㎡ 층고높음 호이스트…: [100, 522, 538, 552]
listing-phone: T. 010-7157-2715,062-446-2715: [788, 709, 1014, 723]
listing-text: 광산구 신창동 1층 제2종근린생활시설 대2,963㎡ 연490㎡ 위치좋음 …: [788, 595, 1010, 633]
listing-text: 광산구 소촌동 지하1층~지상1층 공장 · 창고 대3,000㎡ 연1535㎡…: [556, 1321, 782, 1373]
listing-ad: 광산구 오선동 1~2층 공장 · 창고 대3,553㎡ 연2,784㎡ 넓은마…: [1248, 606, 1474, 680]
listing-text: 광산구 도천동 1층 고물상 대3,000㎡ 연228㎡ 총2필지 단독 마당넓…: [82, 1594, 314, 1632]
listing-phone: T. 010-7157-2715,062-446-2715: [1018, 1858, 1244, 1872]
listing-ad: 광산구 도천동 2층 공장 대1,938㎡ 연448㎡ 건물전체 마당넓음 자연…: [322, 1369, 554, 1429]
listing-text: 광산구 오선동 하남산단내 1~2층 공장 대3,223㎡ 연7,651㎡ 건물…: [1248, 1865, 1467, 1903]
listing-ad: 광산구 오선동 하남산단내 1~2층 공장 대2,974㎡ 연1,046㎡ 층고…: [1248, 1922, 1474, 1996]
listing-phone: T. 062-974-4989: [556, 575, 782, 589]
listing-ad: 광산구 연산동 1~2층 공장 대2,475㎡ 연900㎡ 층고높음 대형차진입…: [1018, 666, 1244, 740]
listing-phone: T. 010-8812-0119 010-3918-1423: [1248, 366, 1474, 380]
listing-ad: 광산구 연산동 1층 공장 대8,850㎡ 연3,570㎡ 신축급 태양광700…: [1018, 948, 1244, 1022]
listing-ad: 광산구 연산동 1층 공장 · 창고 · 사무 대2,475㎡ 연900㎡ 층고…: [1018, 1170, 1244, 1244]
listing-phone: T. 010-8812-0119,010-3918-1423: [82, 2171, 314, 2185]
listing-ad: 광산구 도천동 1층 공장 · 창고 대1,710㎡ 연1,002㎡ 넓은마당 …: [82, 2040, 314, 2114]
listing-text: 광산구 오선동 1~2층 공장 · 창고 대1,675㎡ 연1,258㎡ 기숙사…: [1248, 313, 1472, 365]
listing-text: 광산구 옥동 1~2층 공장 대1,645㎡ 연1,628㎡ 식품제조 화물승강…: [1248, 2134, 1471, 2172]
listing-text: 광산구 도천동 1층 공장 · 창고 대1,710㎡ 연1,002㎡ 넓은마당 …: [82, 2043, 314, 2095]
listing-ad: 광산구 연산동 1~2층 공장 대4,357㎡ 연2,865㎡ 층고높음 태양광…: [1018, 384, 1244, 458]
listing-text: 광산구 도천동 1~2층 공장 대1,683㎡ 연1,100㎡ 층고높음 전기충…: [82, 1728, 314, 1766]
